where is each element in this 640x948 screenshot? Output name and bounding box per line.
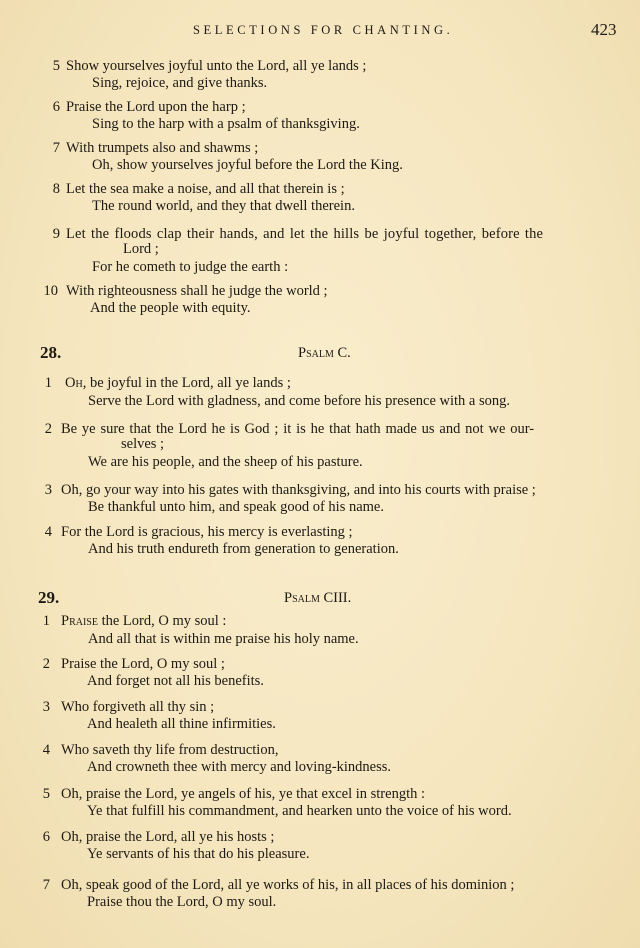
page-number: 423 bbox=[591, 20, 617, 40]
verse-number: 8 bbox=[40, 181, 60, 198]
verse-number: 2 bbox=[30, 656, 50, 673]
verse-line-2: And forget not all his benefits. bbox=[87, 673, 264, 690]
verse-line-1: be joyful in the Lord, all ye lands ; bbox=[86, 375, 291, 391]
verse-lead-word: Oh, bbox=[65, 375, 86, 391]
verse-line-2: And all that is within me praise his hol… bbox=[88, 631, 359, 648]
verse-line-1-cont: selves ; bbox=[121, 436, 164, 453]
verse-number: 4 bbox=[32, 524, 52, 541]
verse-line-2: Ye that fulfill his commandment, and hea… bbox=[87, 803, 512, 820]
verse-line-2: And crowneth thee with mercy and loving-… bbox=[87, 759, 391, 776]
verse-line-1: With trumpets also and shawms ; bbox=[66, 140, 258, 157]
verse-number: 1 bbox=[30, 613, 50, 630]
verse-line-2: Serve the Lord with gladness, and come b… bbox=[88, 393, 510, 410]
verse-line-1: Show yourselves joyful unto the Lord, al… bbox=[66, 58, 366, 75]
section-title: Psalm C. bbox=[298, 345, 351, 362]
verse-line-1: Who saveth thy life from destruction, bbox=[61, 742, 278, 759]
verse-line-1: With righteousness shall he judge the wo… bbox=[66, 283, 328, 300]
verse-number: 6 bbox=[40, 99, 60, 116]
verse-line-2: And healeth all thine infirmities. bbox=[87, 716, 276, 733]
verse-number: 7 bbox=[30, 877, 50, 894]
verse-number: 5 bbox=[40, 58, 60, 75]
verse-line-1: Oh, praise the Lord, all ye his hosts ; bbox=[61, 829, 274, 846]
verse-lead-word: Praise bbox=[61, 613, 98, 629]
verse-number: 3 bbox=[30, 699, 50, 716]
verse-number: 6 bbox=[30, 829, 50, 846]
verse-line-1: Praise the Lord, O my soul ; bbox=[61, 656, 225, 673]
verse-line-1-cont: Lord ; bbox=[123, 241, 159, 258]
section-title: Psalm CIII. bbox=[284, 590, 351, 607]
verse-number: 4 bbox=[30, 742, 50, 759]
verse-number: 10 bbox=[38, 283, 58, 300]
section-header-29: 29. Psalm CIII. bbox=[0, 588, 640, 610]
verse-line-1: Oh, speak good of the Lord, all ye works… bbox=[61, 877, 514, 894]
verse-line-2: Sing to the harp with a psalm of thanksg… bbox=[92, 116, 360, 133]
verse-number: 5 bbox=[30, 786, 50, 803]
verse-number: 7 bbox=[40, 140, 60, 157]
verse-line-2: We are his people, and the sheep of his … bbox=[88, 454, 363, 471]
verse-line-2: Sing, rejoice, and give thanks. bbox=[92, 75, 267, 92]
verse-line-2: Be thankful unto him, and speak good of … bbox=[88, 499, 384, 516]
verse-line-2: Praise thou the Lord, O my soul. bbox=[87, 894, 276, 911]
verse-line-2: And his truth endureth from generation t… bbox=[88, 541, 399, 558]
section-number: 29. bbox=[38, 588, 59, 608]
verse-line-1: the Lord, O my soul : bbox=[98, 613, 226, 629]
verse-number: 1 bbox=[32, 375, 52, 392]
verse-line-2: The round world, and they that dwell the… bbox=[92, 198, 355, 215]
verse-line-1: Let the sea make a noise, and all that t… bbox=[66, 181, 345, 198]
verse-line-1: Oh, go your way into his gates with than… bbox=[61, 482, 536, 499]
verse-line-1: For the Lord is gracious, his mercy is e… bbox=[61, 524, 353, 541]
verse-line-2: Oh, show yourselves joyful before the Lo… bbox=[92, 157, 403, 174]
running-title: SELECTIONS FOR CHANTING. bbox=[193, 23, 453, 38]
verse-line-2: Ye servants of his that do his pleasure. bbox=[87, 846, 309, 863]
section-number: 28. bbox=[40, 343, 61, 363]
verse-line-1: Who forgiveth all thy sin ; bbox=[61, 699, 214, 716]
section-header-28: 28. Psalm C. bbox=[0, 343, 640, 365]
page-header: SELECTIONS FOR CHANTING. 423 bbox=[0, 20, 640, 44]
verse-line-2: And the people with equity. bbox=[90, 300, 251, 317]
verse-number: 3 bbox=[32, 482, 52, 499]
verse-number: 9 bbox=[40, 226, 60, 243]
verse-number: 2 bbox=[32, 421, 52, 438]
verse-line-1: Praise the Lord upon the harp ; bbox=[66, 99, 246, 116]
verse-line-2: For he cometh to judge the earth : bbox=[92, 259, 288, 276]
verse-line-1: Oh, praise the Lord, ye angels of his, y… bbox=[61, 786, 425, 803]
